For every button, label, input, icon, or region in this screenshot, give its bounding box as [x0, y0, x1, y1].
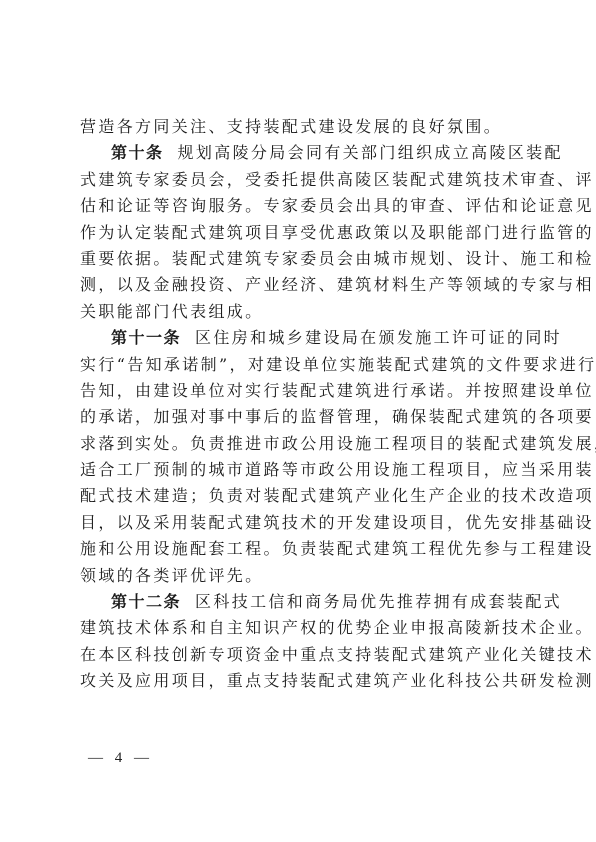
text-line: 在本区科技创新专项资金中重点支持装配式建筑产业化关键技术: [80, 642, 522, 668]
article-number: 第十二条: [111, 592, 181, 611]
line-text: 求落到实处。负责推进市政公用设施工程项目的装配式建筑发展，: [80, 434, 596, 453]
line-text: 关职能部门代表组成。: [80, 302, 264, 321]
line-text: 营造各方同关注、支持装配式建设发展的良好氛围。: [80, 117, 502, 136]
article-number: 第十一条: [111, 328, 181, 347]
line-text: 实行“告知承诺制”，对建设单位实施装配式建筑的文件要求进行: [80, 355, 596, 374]
line-text: 规划高陵分局会同有关部门组织成立高陵区装配: [178, 143, 563, 162]
article-heading-line: 第十二条区科技工信和商务局优先推荐拥有成套装配式: [80, 589, 522, 615]
text-line: 营造各方同关注、支持装配式建设发展的良好氛围。: [80, 114, 522, 140]
text-line: 告知，由建设单位对实行装配式建筑进行承诺。并按照建设单位: [80, 378, 522, 404]
text-line: 测，以及金融投资、产业经济、建筑材料生产等领域的专家与相: [80, 272, 522, 298]
text-line: 领域的各类评优评先。: [80, 563, 522, 589]
line-text: 估和论证等咨询服务。专家委员会出具的审查、评估和论证意见: [80, 196, 594, 215]
line-text: 领域的各类评优评先。: [80, 566, 264, 585]
text-line: 作为认定装配式建筑项目享受优惠政策以及职能部门进行监管的: [80, 220, 522, 246]
document-body: 营造各方同关注、支持装配式建设发展的良好氛围。 第十条规划高陵分局会同有关部门组…: [80, 114, 522, 695]
line-text: 区住房和城乡建设局在颁发施工许可证的同时: [195, 328, 562, 347]
line-text: 目，以及采用装配式建筑技术的开发建设项目，优先安排基础设: [80, 513, 594, 532]
text-line: 配式技术建造；负责对装配式建筑产业化生产企业的技术改造项: [80, 483, 522, 509]
text-line: 的承诺，加强对事中事后的监督管理，确保装配式建筑的各项要: [80, 404, 522, 430]
text-line: 实行“告知承诺制”，对建设单位实施装配式建筑的文件要求进行: [80, 352, 522, 378]
line-text: 告知，由建设单位对实行装配式建筑进行承诺。并按照建设单位: [80, 381, 594, 400]
text-line: 施和公用设施配套工程。负责装配式建筑工程优先参与工程建设: [80, 536, 522, 562]
text-line: 建筑技术体系和自主知识产权的优势企业申报高陵新技术企业。: [80, 615, 522, 641]
line-text: 测，以及金融投资、产业经济、建筑材料生产等领域的专家与相: [80, 275, 594, 294]
text-line: 式建筑专家委员会，受委托提供高陵区装配式建筑技术审查、评: [80, 167, 522, 193]
text-line: 适合工厂预制的城市道路等市政公用设施工程项目，应当采用装: [80, 457, 522, 483]
text-line: 重要依据。装配式建筑专家委员会由城市规划、设计、施工和检: [80, 246, 522, 272]
article-heading-line: 第十一条区住房和城乡建设局在颁发施工许可证的同时: [80, 325, 522, 351]
text-line: 求落到实处。负责推进市政公用设施工程项目的装配式建筑发展，: [80, 431, 522, 457]
page-number: — 4 —: [88, 750, 153, 767]
text-line: 攻关及应用项目，重点支持装配式建筑产业化科技公共研发检测: [80, 668, 522, 694]
line-text: 攻关及应用项目，重点支持装配式建筑产业化科技公共研发检测: [80, 671, 594, 690]
line-text: 式建筑专家委员会，受委托提供高陵区装配式建筑技术审查、评: [80, 170, 594, 189]
text-line: 估和论证等咨询服务。专家委员会出具的审查、评估和论证意见: [80, 193, 522, 219]
line-text: 施和公用设施配套工程。负责装配式建筑工程优先参与工程建设: [80, 539, 594, 558]
line-text: 作为认定装配式建筑项目享受优惠政策以及职能部门进行监管的: [80, 223, 594, 242]
article-number: 第十条: [111, 143, 164, 162]
line-text: 配式技术建造；负责对装配式建筑产业化生产企业的技术改造项: [80, 486, 594, 505]
line-text: 区科技工信和商务局优先推荐拥有成套装配式: [195, 592, 562, 611]
line-text: 建筑技术体系和自主知识产权的优势企业申报高陵新技术企业。: [80, 618, 594, 637]
text-line: 关职能部门代表组成。: [80, 299, 522, 325]
article-heading-line: 第十条规划高陵分局会同有关部门组织成立高陵区装配: [80, 140, 522, 166]
text-line: 目，以及采用装配式建筑技术的开发建设项目，优先安排基础设: [80, 510, 522, 536]
line-text: 重要依据。装配式建筑专家委员会由城市规划、设计、施工和检: [80, 249, 594, 268]
line-text: 的承诺，加强对事中事后的监督管理，确保装配式建筑的各项要: [80, 407, 594, 426]
line-text: 适合工厂预制的城市道路等市政公用设施工程项目，应当采用装: [80, 460, 594, 479]
line-text: 在本区科技创新专项资金中重点支持装配式建筑产业化关键技术: [80, 645, 594, 664]
